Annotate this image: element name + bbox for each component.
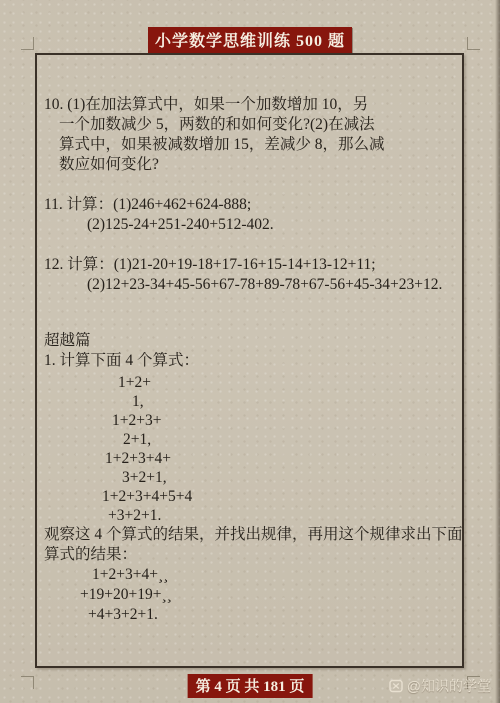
target-expression-line-2: +19+20+19+¸¸ (37, 585, 462, 605)
problem-10-line-1: 10. (1)在加法算式中，如果一个加数增加 10，另 (37, 95, 462, 115)
section-title: 超越篇 (37, 331, 462, 351)
content-box: 10. (1)在加法算式中，如果一个加数增加 10，另 一个加数减少 5，两数的… (35, 53, 464, 668)
formula-line-4: 2+1, (37, 430, 462, 449)
crop-mark-top-left (21, 37, 34, 50)
document-page: 小学数学思维训练 500 题 10. (1)在加法算式中，如果一个加数增加 10… (0, 0, 500, 703)
problem-10-line-2: 一个加数减少 5，两数的和如何变化?(2)在减法 (37, 115, 462, 135)
formula-line-2: 1, (37, 392, 462, 411)
page-title: 小学数学思维训练 500 题 (148, 27, 352, 53)
target-expression-line-3: +4+3+2+1. (37, 605, 462, 625)
formula-line-7: 1+2+3+4+5+4 (37, 487, 462, 506)
problem-10-line-4: 数应如何变化? (37, 155, 462, 175)
target-expression-line-1: 1+2+3+4+¸¸ (37, 565, 462, 585)
formula-line-1: 1+2+ (37, 373, 462, 392)
observe-line-2: 算式的结果： (37, 545, 462, 565)
formula-line-5: 1+2+3+4+ (37, 449, 462, 468)
problem-12-line-2: (2)12+23-34+45-56+67-78+89-78+67-56+45-3… (37, 275, 462, 295)
crop-mark-bottom-left (21, 676, 34, 689)
problem-12-line-1: 12. 计算：(1)21-20+19-18+17-16+15-14+13-12+… (37, 255, 462, 275)
observe-line-1: 观察这 4 个算式的结果，并找出规律，再用这个规律求出下面 (37, 525, 462, 545)
watermark: @知识的学堂 (389, 676, 491, 696)
crop-mark-top-right (467, 37, 480, 50)
watermark-text: @知识的学堂 (407, 676, 491, 696)
formula-line-3: 1+2+3+ (37, 411, 462, 430)
problem-11-line-1: 11. 计算：(1)246+462+624-888; (37, 195, 462, 215)
formula-line-8: +3+2+1. (37, 506, 462, 525)
formula-line-6: 3+2+1, (37, 468, 462, 487)
question-1-intro: 1. 计算下面 4 个算式： (37, 351, 462, 371)
problem-11-line-2: (2)125-24+251-240+512-402. (37, 215, 462, 235)
problem-10-line-3: 算式中，如果被减数增加 15，差减少 8，那么减 (37, 135, 462, 155)
page-number-badge: 第 4 页 共 181 页 (188, 674, 313, 698)
grid-logo-icon (389, 679, 403, 693)
